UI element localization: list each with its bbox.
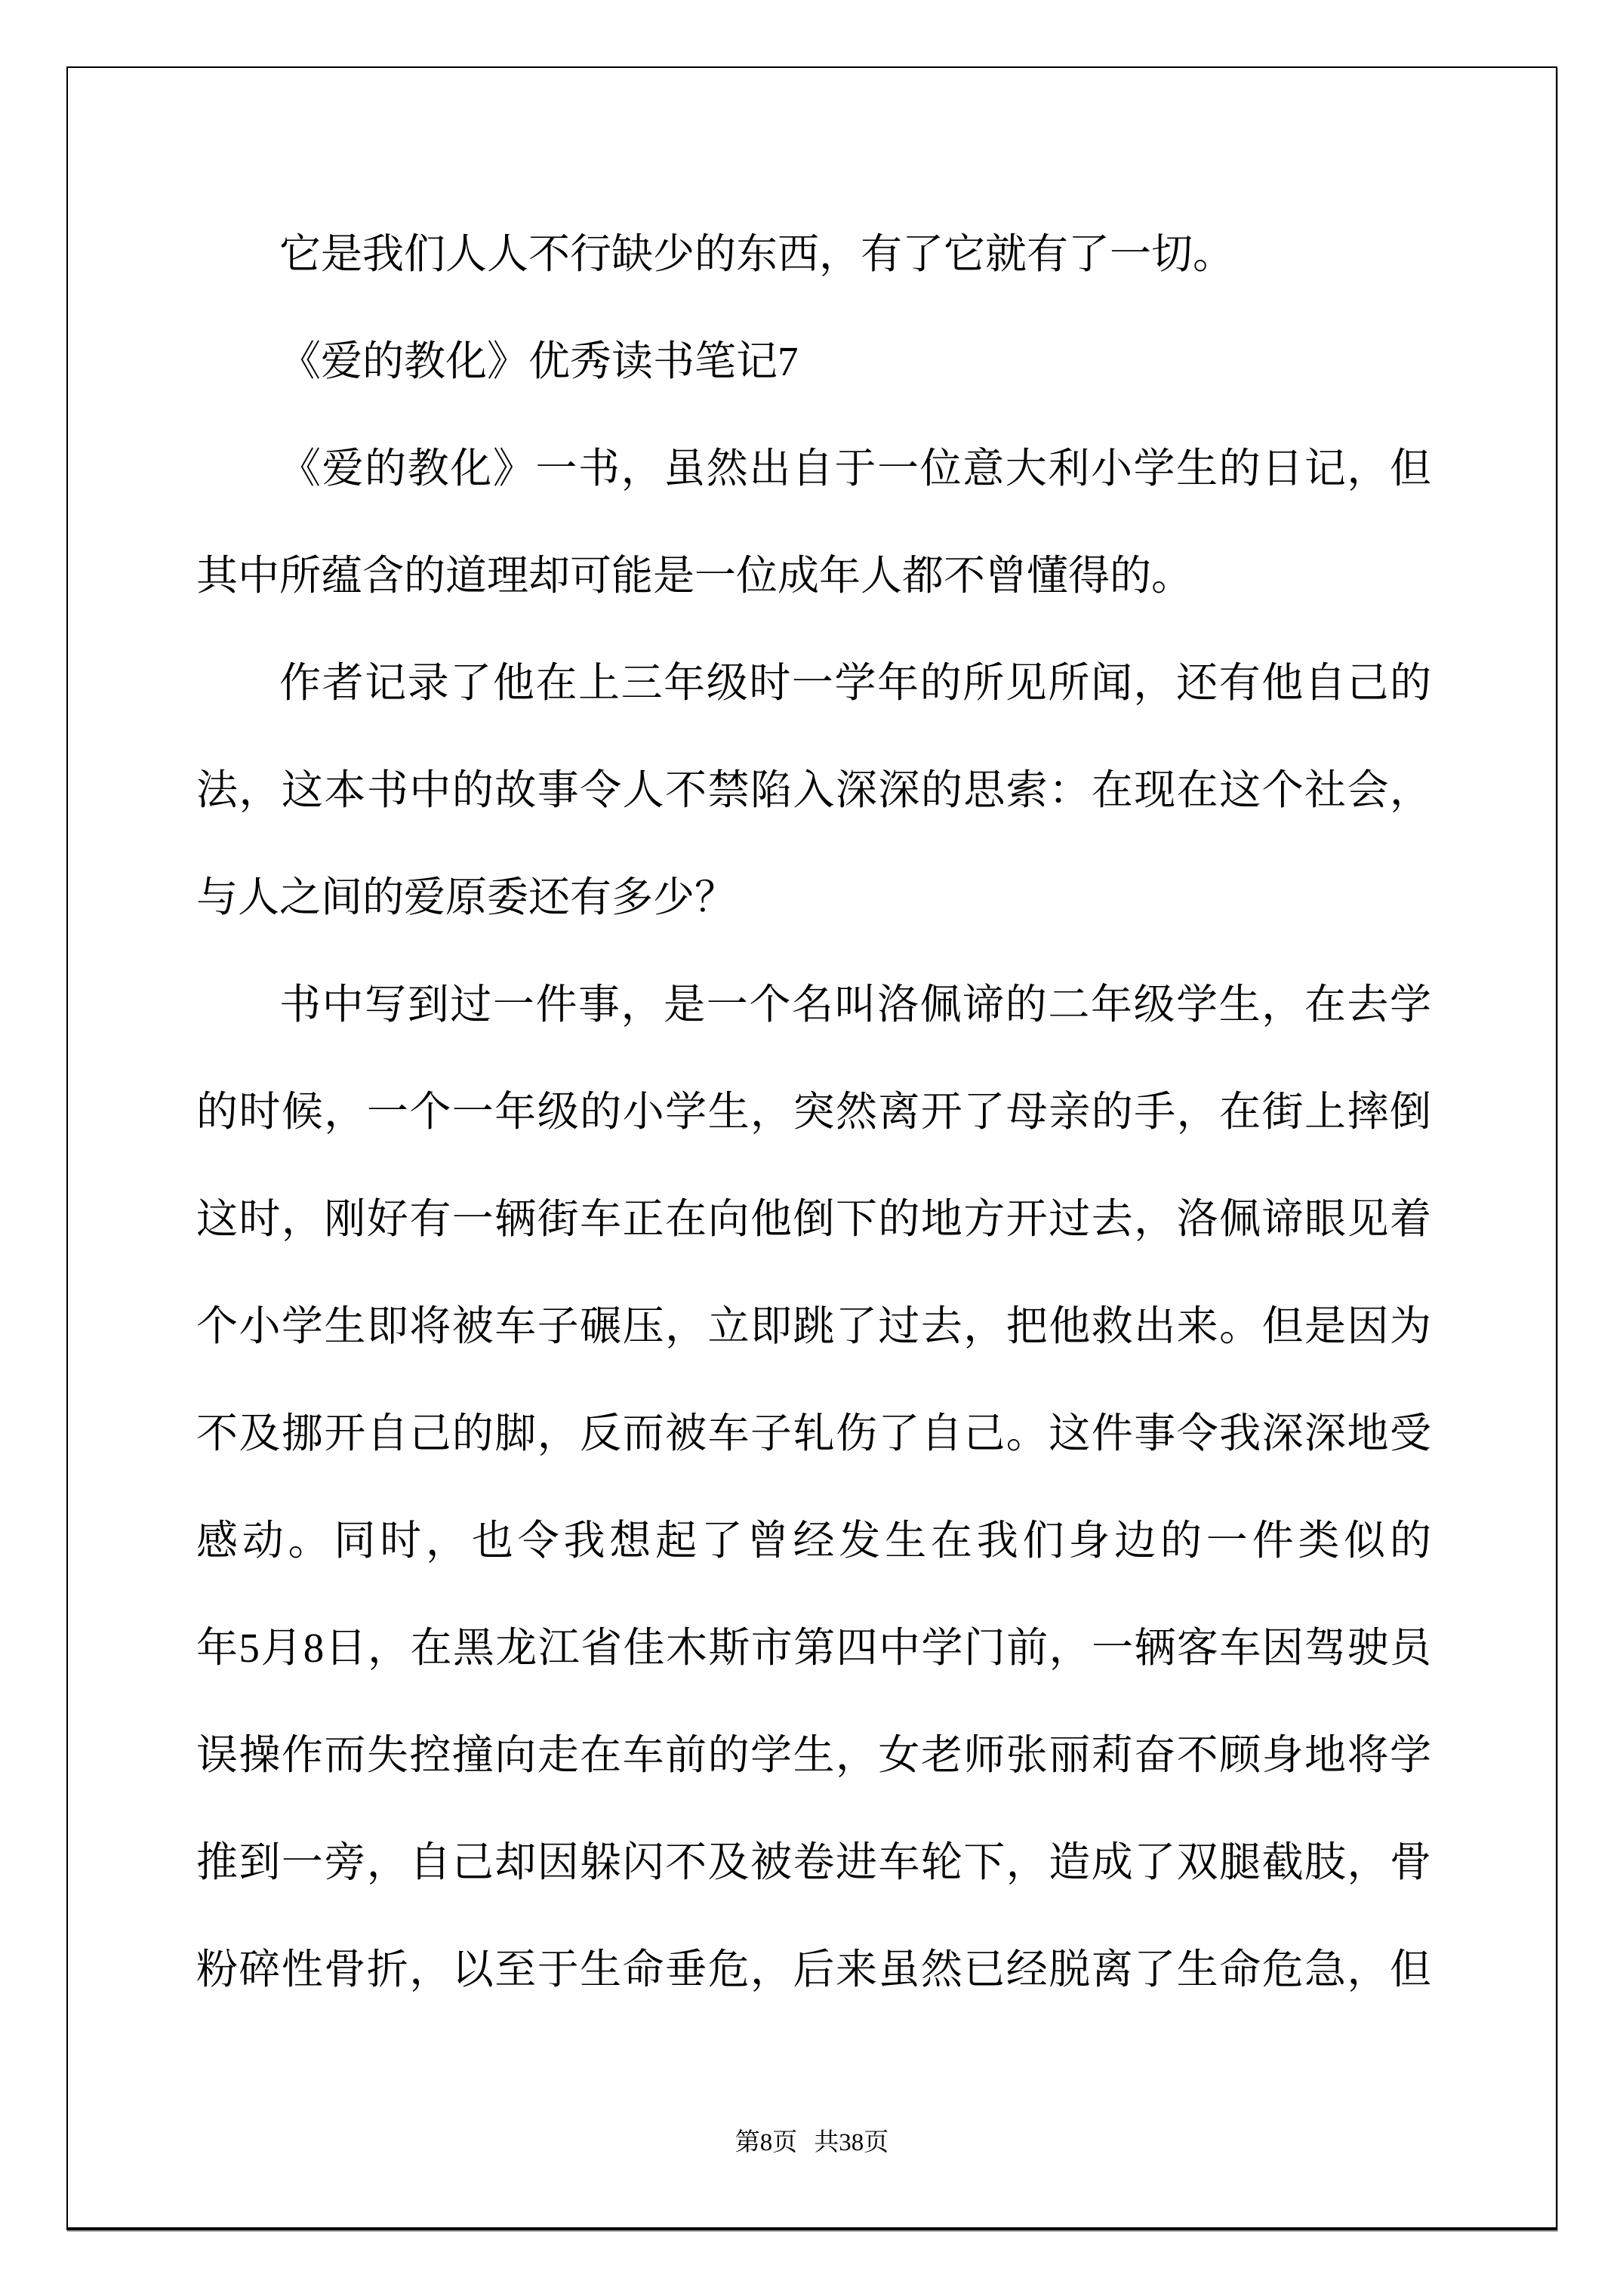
footer-page-number: 第8页 [735, 2129, 798, 2156]
text-line: 感动。同时，也令我想起了曾经发生在我们身边的一件类似的事:2022 [196, 1487, 1431, 1595]
text-line: 作者记录了他在上三年级时一学年的所见所闻，还有他自己的想 [196, 630, 1431, 737]
text-line: 个小学生即将被车子碾压，立即跳了过去，把他救出来。但是因为来 [196, 1273, 1431, 1380]
text-line: 推到一旁，自己却因躲闪不及被卷进车轮下，造成了双腿截肢，骨盆 [196, 1809, 1431, 1916]
text-line: 年5月8日，在黑龙江省佳木斯市第四中学门前，一辆客车因驾驶员 [196, 1595, 1431, 1702]
page-frame: 它是我们人人不行缺少的东西，有了它就有了一切。 《爱的教化》优秀读书笔记7 《爱… [66, 66, 1557, 2230]
text-line: 法，这本书中的故事令人不禁陷入深深的思索：在现在这个社会，人 [196, 737, 1431, 844]
page-footer: 第8页共38页 [68, 2126, 1556, 2159]
text-line: 与人之间的爱原委还有多少？ [196, 844, 1431, 951]
text-line: 误操作而失控撞向走在车前的学生，女老师张丽莉奋不顾身地将学生 [196, 1702, 1431, 1809]
text-line: 书中写到过一件事，是一个名叫洛佩谛的二年级学生，在去学校 [196, 951, 1431, 1059]
text-line: 粉碎性骨折，以至于生命垂危，后来虽然已经脱离了生命危急，但是 [196, 1916, 1431, 2023]
text-line: 不及挪开自己的脚，反而被车子轧伤了自己。这件事令我深深地受到 [196, 1380, 1431, 1487]
text-line: 《爱的教化》一书，虽然出自于一位意大利小学生的日记，但是 [196, 415, 1431, 522]
footer-total-pages: 共38页 [814, 2129, 888, 2156]
text-line: 这时，刚好有一辆街车正在向他倒下的地方开过去，洛佩谛眼见着这 [196, 1166, 1431, 1273]
text-line: 其中所蕴含的道理却可能是一位成年人都不曾懂得的。 [196, 522, 1431, 630]
document-page: { "page": { "background": "#ffffff", "bo… [0, 0, 1623, 2296]
text-line: 的时候，一个一年级的小学生，突然离开了母亲的手，在街上摔倒了。 [196, 1059, 1431, 1166]
document-body-text: 它是我们人人不行缺少的东西，有了它就有了一切。 《爱的教化》优秀读书笔记7 《爱… [196, 201, 1431, 2023]
text-line: 它是我们人人不行缺少的东西，有了它就有了一切。 [196, 201, 1431, 308]
text-line: 《爱的教化》优秀读书笔记7 [196, 308, 1431, 415]
